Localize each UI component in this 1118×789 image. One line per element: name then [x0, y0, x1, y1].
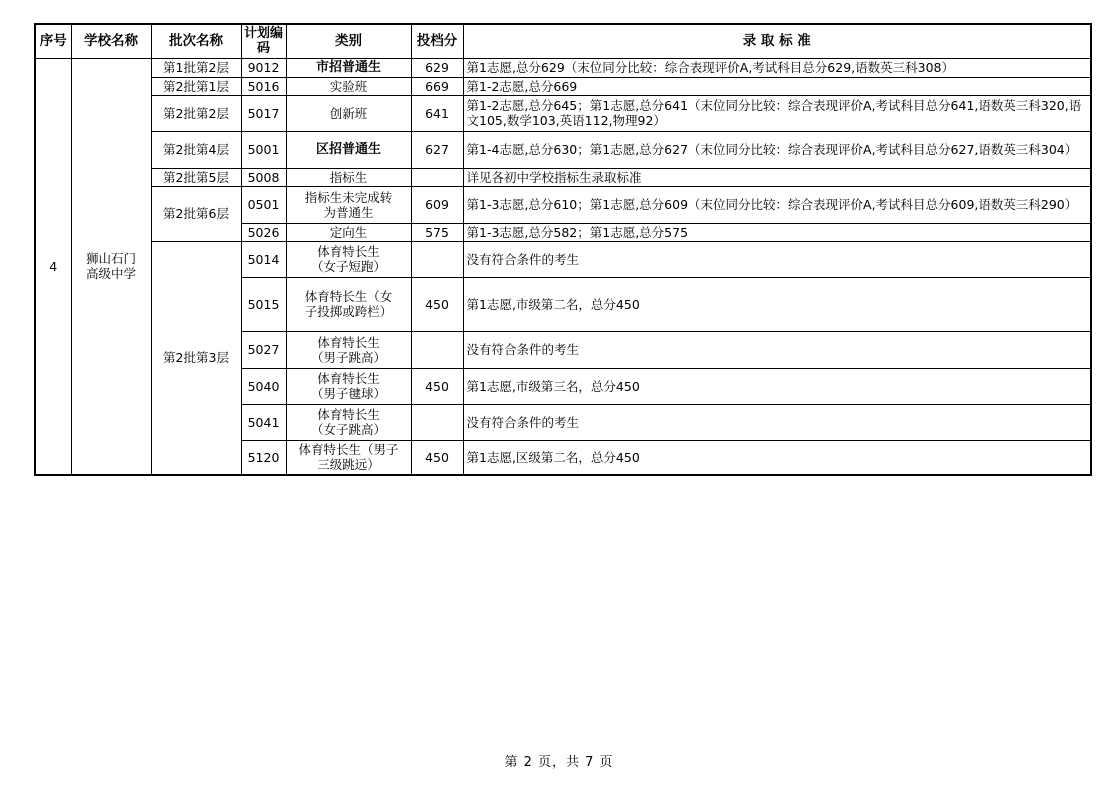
- table-row: 第2批第4层 5001 区招普通生 627 第1-4志愿,总分630；第1志愿,…: [35, 131, 1091, 168]
- score-cell: 450: [411, 440, 463, 475]
- code-cell: 5027: [241, 331, 286, 368]
- score-cell: 669: [411, 77, 463, 95]
- category-cell: 体育特长生（女子短跑）: [286, 241, 411, 277]
- standard-cell: 第1-3志愿,总分610；第1志愿,总分609（末位同分比较：综合表现评价A,考…: [463, 186, 1091, 223]
- score-cell: [411, 168, 463, 186]
- table-row: 第2批第5层 5008 指标生 详见各初中学校指标生录取标准: [35, 168, 1091, 186]
- table-row: 4 狮山石门高级中学 第1批第2层 9012 市招普通生 629 第1志愿,总分…: [35, 58, 1091, 77]
- table-row: 第2批第2层 5017 创新班 641 第1-2志愿,总分645；第1志愿,总分…: [35, 95, 1091, 131]
- code-cell: 5120: [241, 440, 286, 475]
- score-cell: [411, 404, 463, 440]
- admission-table: 序号 学校名称 批次名称 计划编码 类别 投档分 录 取 标 准 4 狮山石门高…: [34, 23, 1092, 476]
- batch-cell: 第2批第1层: [151, 77, 241, 95]
- standard-cell: 没有符合条件的考生: [463, 331, 1091, 368]
- standard-cell: 详见各初中学校指标生录取标准: [463, 168, 1091, 186]
- category-cell: 体育特长生（男子三级跳远）: [286, 440, 411, 475]
- batch-cell: 第2批第5层: [151, 168, 241, 186]
- category-cell: 实验班: [286, 77, 411, 95]
- standard-cell: 第1志愿,市级第三名，总分450: [463, 368, 1091, 404]
- score-cell: 609: [411, 186, 463, 223]
- standard-cell: 没有符合条件的考生: [463, 241, 1091, 277]
- batch-cell: 第1批第2层: [151, 58, 241, 77]
- score-cell: 629: [411, 58, 463, 77]
- admission-sheet: 序号 学校名称 批次名称 计划编码 类别 投档分 录 取 标 准 4 狮山石门高…: [34, 23, 1092, 476]
- standard-cell: 第1志愿,总分629（末位同分比较：综合表现评价A,考试科目总分629,语数英三…: [463, 58, 1091, 77]
- code-cell: 5026: [241, 223, 286, 241]
- batch-cell: 第2批第6层: [151, 186, 241, 241]
- category-cell: 市招普通生: [286, 58, 411, 77]
- code-cell: 5015: [241, 277, 286, 331]
- code-cell: 5016: [241, 77, 286, 95]
- header-seq: 序号: [35, 24, 71, 58]
- score-cell: 575: [411, 223, 463, 241]
- header-score: 投档分: [411, 24, 463, 58]
- school-seq: 4: [35, 58, 71, 475]
- code-cell: 5017: [241, 95, 286, 131]
- code-cell: 0501: [241, 186, 286, 223]
- school-name: 狮山石门高级中学: [71, 58, 151, 475]
- category-cell: 指标生未完成转为普通生: [286, 186, 411, 223]
- standard-cell: 第1-4志愿,总分630；第1志愿,总分627（末位同分比较：综合表现评价A,考…: [463, 131, 1091, 168]
- table-row: 第2批第6层 0501 指标生未完成转为普通生 609 第1-3志愿,总分610…: [35, 186, 1091, 223]
- page-indicator: 第 2 页，共 7 页: [0, 751, 1118, 770]
- category-cell: 区招普通生: [286, 131, 411, 168]
- category-cell: 指标生: [286, 168, 411, 186]
- code-cell: 9012: [241, 58, 286, 77]
- score-cell: 450: [411, 368, 463, 404]
- category-cell: 定向生: [286, 223, 411, 241]
- standard-cell: 第1-3志愿,总分582；第1志愿,总分575: [463, 223, 1091, 241]
- code-cell: 5041: [241, 404, 286, 440]
- header-batch: 批次名称: [151, 24, 241, 58]
- table-row: 第2批第1层 5016 实验班 669 第1-2志愿,总分669: [35, 77, 1091, 95]
- header-standard: 录 取 标 准: [463, 24, 1091, 58]
- score-cell: 641: [411, 95, 463, 131]
- code-cell: 5008: [241, 168, 286, 186]
- code-cell: 5001: [241, 131, 286, 168]
- standard-cell: 第1-2志愿,总分645；第1志愿,总分641（末位同分比较：综合表现评价A,考…: [463, 95, 1091, 131]
- standard-cell: 第1-2志愿,总分669: [463, 77, 1091, 95]
- header-row: 序号 学校名称 批次名称 计划编码 类别 投档分 录 取 标 准: [35, 24, 1091, 58]
- standard-cell: 第1志愿,区级第二名，总分450: [463, 440, 1091, 475]
- code-cell: 5040: [241, 368, 286, 404]
- category-cell: 体育特长生（男子毽球）: [286, 368, 411, 404]
- header-school: 学校名称: [71, 24, 151, 58]
- category-cell: 体育特长生（男子跳高）: [286, 331, 411, 368]
- score-cell: [411, 241, 463, 277]
- table-row: 第2批第3层 5014 体育特长生（女子短跑） 没有符合条件的考生: [35, 241, 1091, 277]
- batch-cell: 第2批第4层: [151, 131, 241, 168]
- score-cell: [411, 331, 463, 368]
- header-code: 计划编码: [241, 24, 286, 58]
- standard-cell: 第1志愿,市级第二名，总分450: [463, 277, 1091, 331]
- header-category: 类别: [286, 24, 411, 58]
- category-cell: 体育特长生（女子跳高）: [286, 404, 411, 440]
- category-cell: 创新班: [286, 95, 411, 131]
- batch-cell: 第2批第2层: [151, 95, 241, 131]
- batch-cell: 第2批第3层: [151, 241, 241, 475]
- score-cell: 450: [411, 277, 463, 331]
- category-cell: 体育特长生（女子投掷或跨栏）: [286, 277, 411, 331]
- code-cell: 5014: [241, 241, 286, 277]
- score-cell: 627: [411, 131, 463, 168]
- standard-cell: 没有符合条件的考生: [463, 404, 1091, 440]
